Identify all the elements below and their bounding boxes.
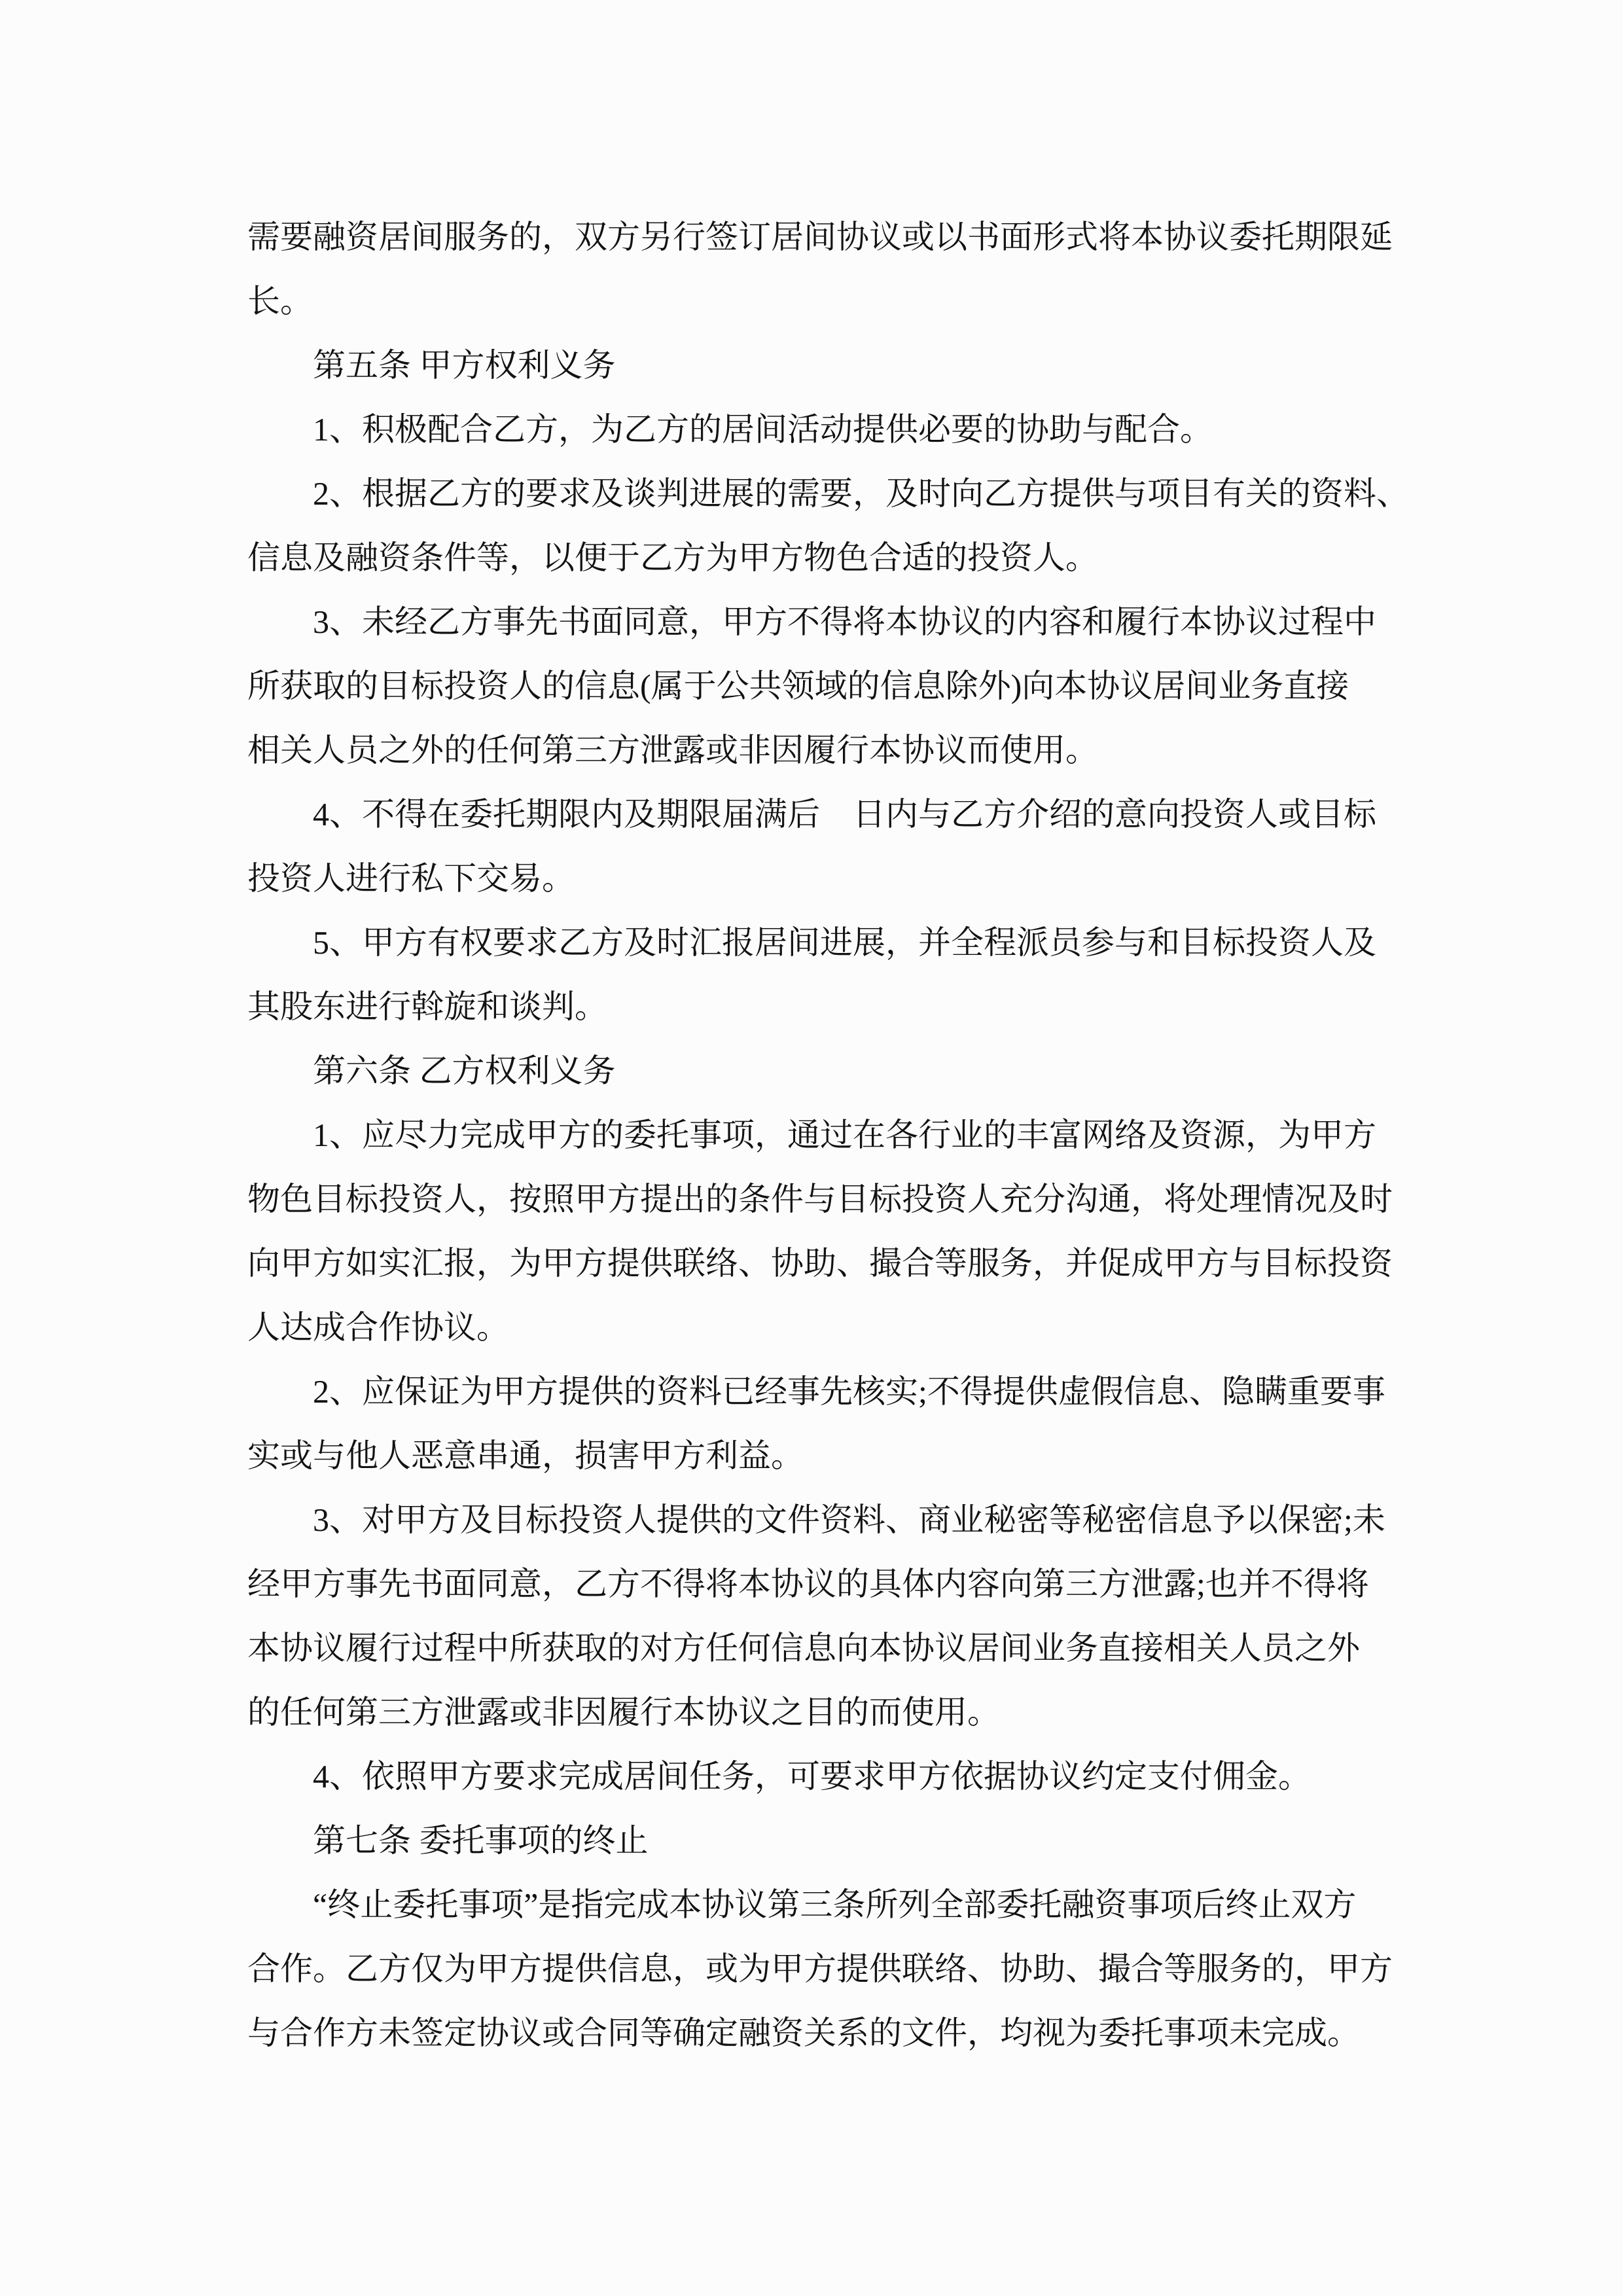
- text-line: 需要融资居间服务的，双方另行签订居间协议或以书面形式将本协议委托期限延: [247, 205, 1400, 269]
- text-line: 第七条 委托事项的终止: [247, 1808, 1400, 1873]
- document-page: 需要融资居间服务的，双方另行签订居间协议或以书面形式将本协议委托期限延长。第五条…: [0, 0, 1623, 2296]
- text-line: 的任何第三方泄露或非因履行本协议之目的而使用。: [247, 1680, 1400, 1744]
- text-line: 人达成合作协议。: [247, 1295, 1400, 1359]
- text-line: 3、未经乙方事先书面同意，甲方不得将本协议的内容和履行本协议过程中: [247, 590, 1400, 654]
- text-line: 信息及融资条件等，以便于乙方为甲方物色合适的投资人。: [247, 526, 1400, 590]
- text-line: 长。: [247, 269, 1400, 333]
- text-line: 第五条 甲方权利义务: [247, 333, 1400, 397]
- text-line: 投资人进行私下交易。: [247, 846, 1400, 910]
- text-line: 向甲方如实汇报，为甲方提供联络、协助、撮合等服务，并促成甲方与目标投资: [247, 1231, 1400, 1295]
- text-line: 所获取的目标投资人的信息(属于公共领域的信息除外)向本协议居间业务直接: [247, 654, 1400, 718]
- text-line: 1、应尽力完成甲方的委托事项，通过在各行业的丰富网络及资源，为甲方: [247, 1103, 1400, 1167]
- text-line: 物色目标投资人，按照甲方提出的条件与目标投资人充分沟通，将处理情况及时: [247, 1167, 1400, 1231]
- text-line: 4、不得在委托期限内及期限届满后 日内与乙方介绍的意向投资人或目标: [247, 782, 1400, 846]
- text-line: 实或与他人恶意串通，损害甲方利益。: [247, 1424, 1400, 1488]
- text-line: 其股东进行斡旋和谈判。: [247, 975, 1400, 1039]
- text-line: 2、应保证为甲方提供的资料已经事先核实;不得提供虚假信息、隐瞒重要事: [247, 1359, 1400, 1424]
- text-line: “终止委托事项”是指完成本协议第三条所列全部委托融资事项后终止双方: [247, 1873, 1400, 1937]
- document-body: 需要融资居间服务的，双方另行签订居间协议或以书面形式将本协议委托期限延长。第五条…: [247, 205, 1400, 2065]
- text-line: 合作。乙方仅为甲方提供信息，或为甲方提供联络、协助、撮合等服务的，甲方: [247, 1937, 1400, 2001]
- text-line: 1、积极配合乙方，为乙方的居间活动提供必要的协助与配合。: [247, 397, 1400, 461]
- text-line: 本协议履行过程中所获取的对方任何信息向本协议居间业务直接相关人员之外: [247, 1616, 1400, 1680]
- text-line: 经甲方事先书面同意，乙方不得将本协议的具体内容向第三方泄露;也并不得将: [247, 1552, 1400, 1616]
- text-line: 与合作方未签定协议或合同等确定融资关系的文件，均视为委托事项未完成。: [247, 2001, 1400, 2065]
- text-line: 5、甲方有权要求乙方及时汇报居间进展，并全程派员参与和目标投资人及: [247, 910, 1400, 975]
- text-line: 3、对甲方及目标投资人提供的文件资料、商业秘密等秘密信息予以保密;未: [247, 1488, 1400, 1552]
- text-line: 第六条 乙方权利义务: [247, 1039, 1400, 1103]
- text-line: 相关人员之外的任何第三方泄露或非因履行本协议而使用。: [247, 718, 1400, 782]
- text-line: 2、根据乙方的要求及谈判进展的需要，及时向乙方提供与项目有关的资料、: [247, 461, 1400, 526]
- text-line: 4、依照甲方要求完成居间任务，可要求甲方依据协议约定支付佣金。: [247, 1744, 1400, 1808]
